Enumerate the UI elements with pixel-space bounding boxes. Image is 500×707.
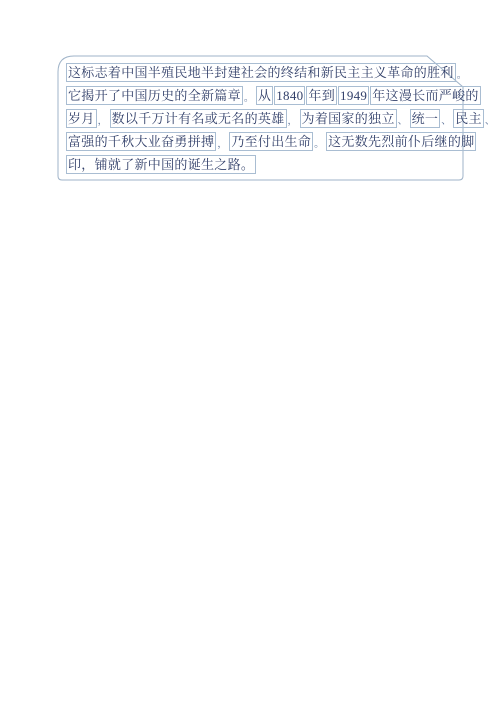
text-line: 岁月 ， 数以千万计有名或无名的英雄 ， 为着国家的独立 、 统一 、 民主 、 — [66, 109, 460, 128]
text-segment: 民主 — [453, 109, 484, 128]
note-callout[interactable]: 这标志着中国半殖民地半封建社会的终结和新民主主义革命的胜利 。 它揭开了中国历史… — [57, 55, 464, 181]
text-segment: 数以千万计有名或无名的英雄 — [110, 109, 287, 128]
text-segment: 年这漫长而严峻的 — [370, 86, 480, 105]
text-line: 这标志着中国半殖民地半封建社会的终结和新民主主义革命的胜利 。 — [66, 63, 460, 82]
punctuation-mark: 。 — [314, 140, 324, 150]
text-segment: 这无数先烈前仆后继的脚 — [326, 132, 476, 151]
punctuation-mark: ， — [98, 117, 108, 127]
document-page: 这标志着中国半殖民地半封建社会的终结和新民主主义革命的胜利 。 它揭开了中国历史… — [0, 0, 500, 707]
punctuation-mark: 、 — [485, 117, 495, 127]
text-segment: 年到 — [306, 86, 337, 105]
text-segment: 这标志着中国半殖民地半封建社会的终结和新民主主义革命的胜利 — [66, 63, 456, 82]
punctuation-mark: ， — [217, 140, 227, 150]
punctuation-mark: ， — [288, 117, 298, 127]
text-segment: 1949 — [338, 86, 369, 105]
punctuation-mark: 、 — [398, 117, 408, 127]
text-segment: 富强的千秋大业奋勇拼搏 — [66, 132, 216, 151]
text-line: 它揭开了中国历史的全新篇章 。 从 1840 年到 1949 年这漫长而严峻的 — [66, 86, 460, 105]
text-segment: 它揭开了中国历史的全新篇章 — [66, 86, 243, 105]
text-segment: 乃至付出生命 — [229, 132, 313, 151]
text-line: 印，铺就了新中国的诞生之路。 — [66, 155, 460, 174]
note-text: 这标志着中国半殖民地半封建社会的终结和新民主主义革命的胜利 。 它揭开了中国历史… — [66, 63, 460, 178]
text-segment: 印，铺就了新中国的诞生之路。 — [66, 155, 256, 174]
punctuation-mark: 。 — [457, 71, 467, 81]
text-segment: 岁月 — [66, 109, 97, 128]
text-segment: 从 — [256, 86, 273, 105]
punctuation-mark: 。 — [244, 94, 254, 104]
text-line: 富强的千秋大业奋勇拼搏 ， 乃至付出生命 。 这无数先烈前仆后继的脚 — [66, 132, 460, 151]
punctuation-mark: 、 — [441, 117, 451, 127]
text-segment: 统一 — [410, 109, 441, 128]
text-segment: 为着国家的独立 — [300, 109, 397, 128]
text-segment: 1840 — [274, 86, 305, 105]
